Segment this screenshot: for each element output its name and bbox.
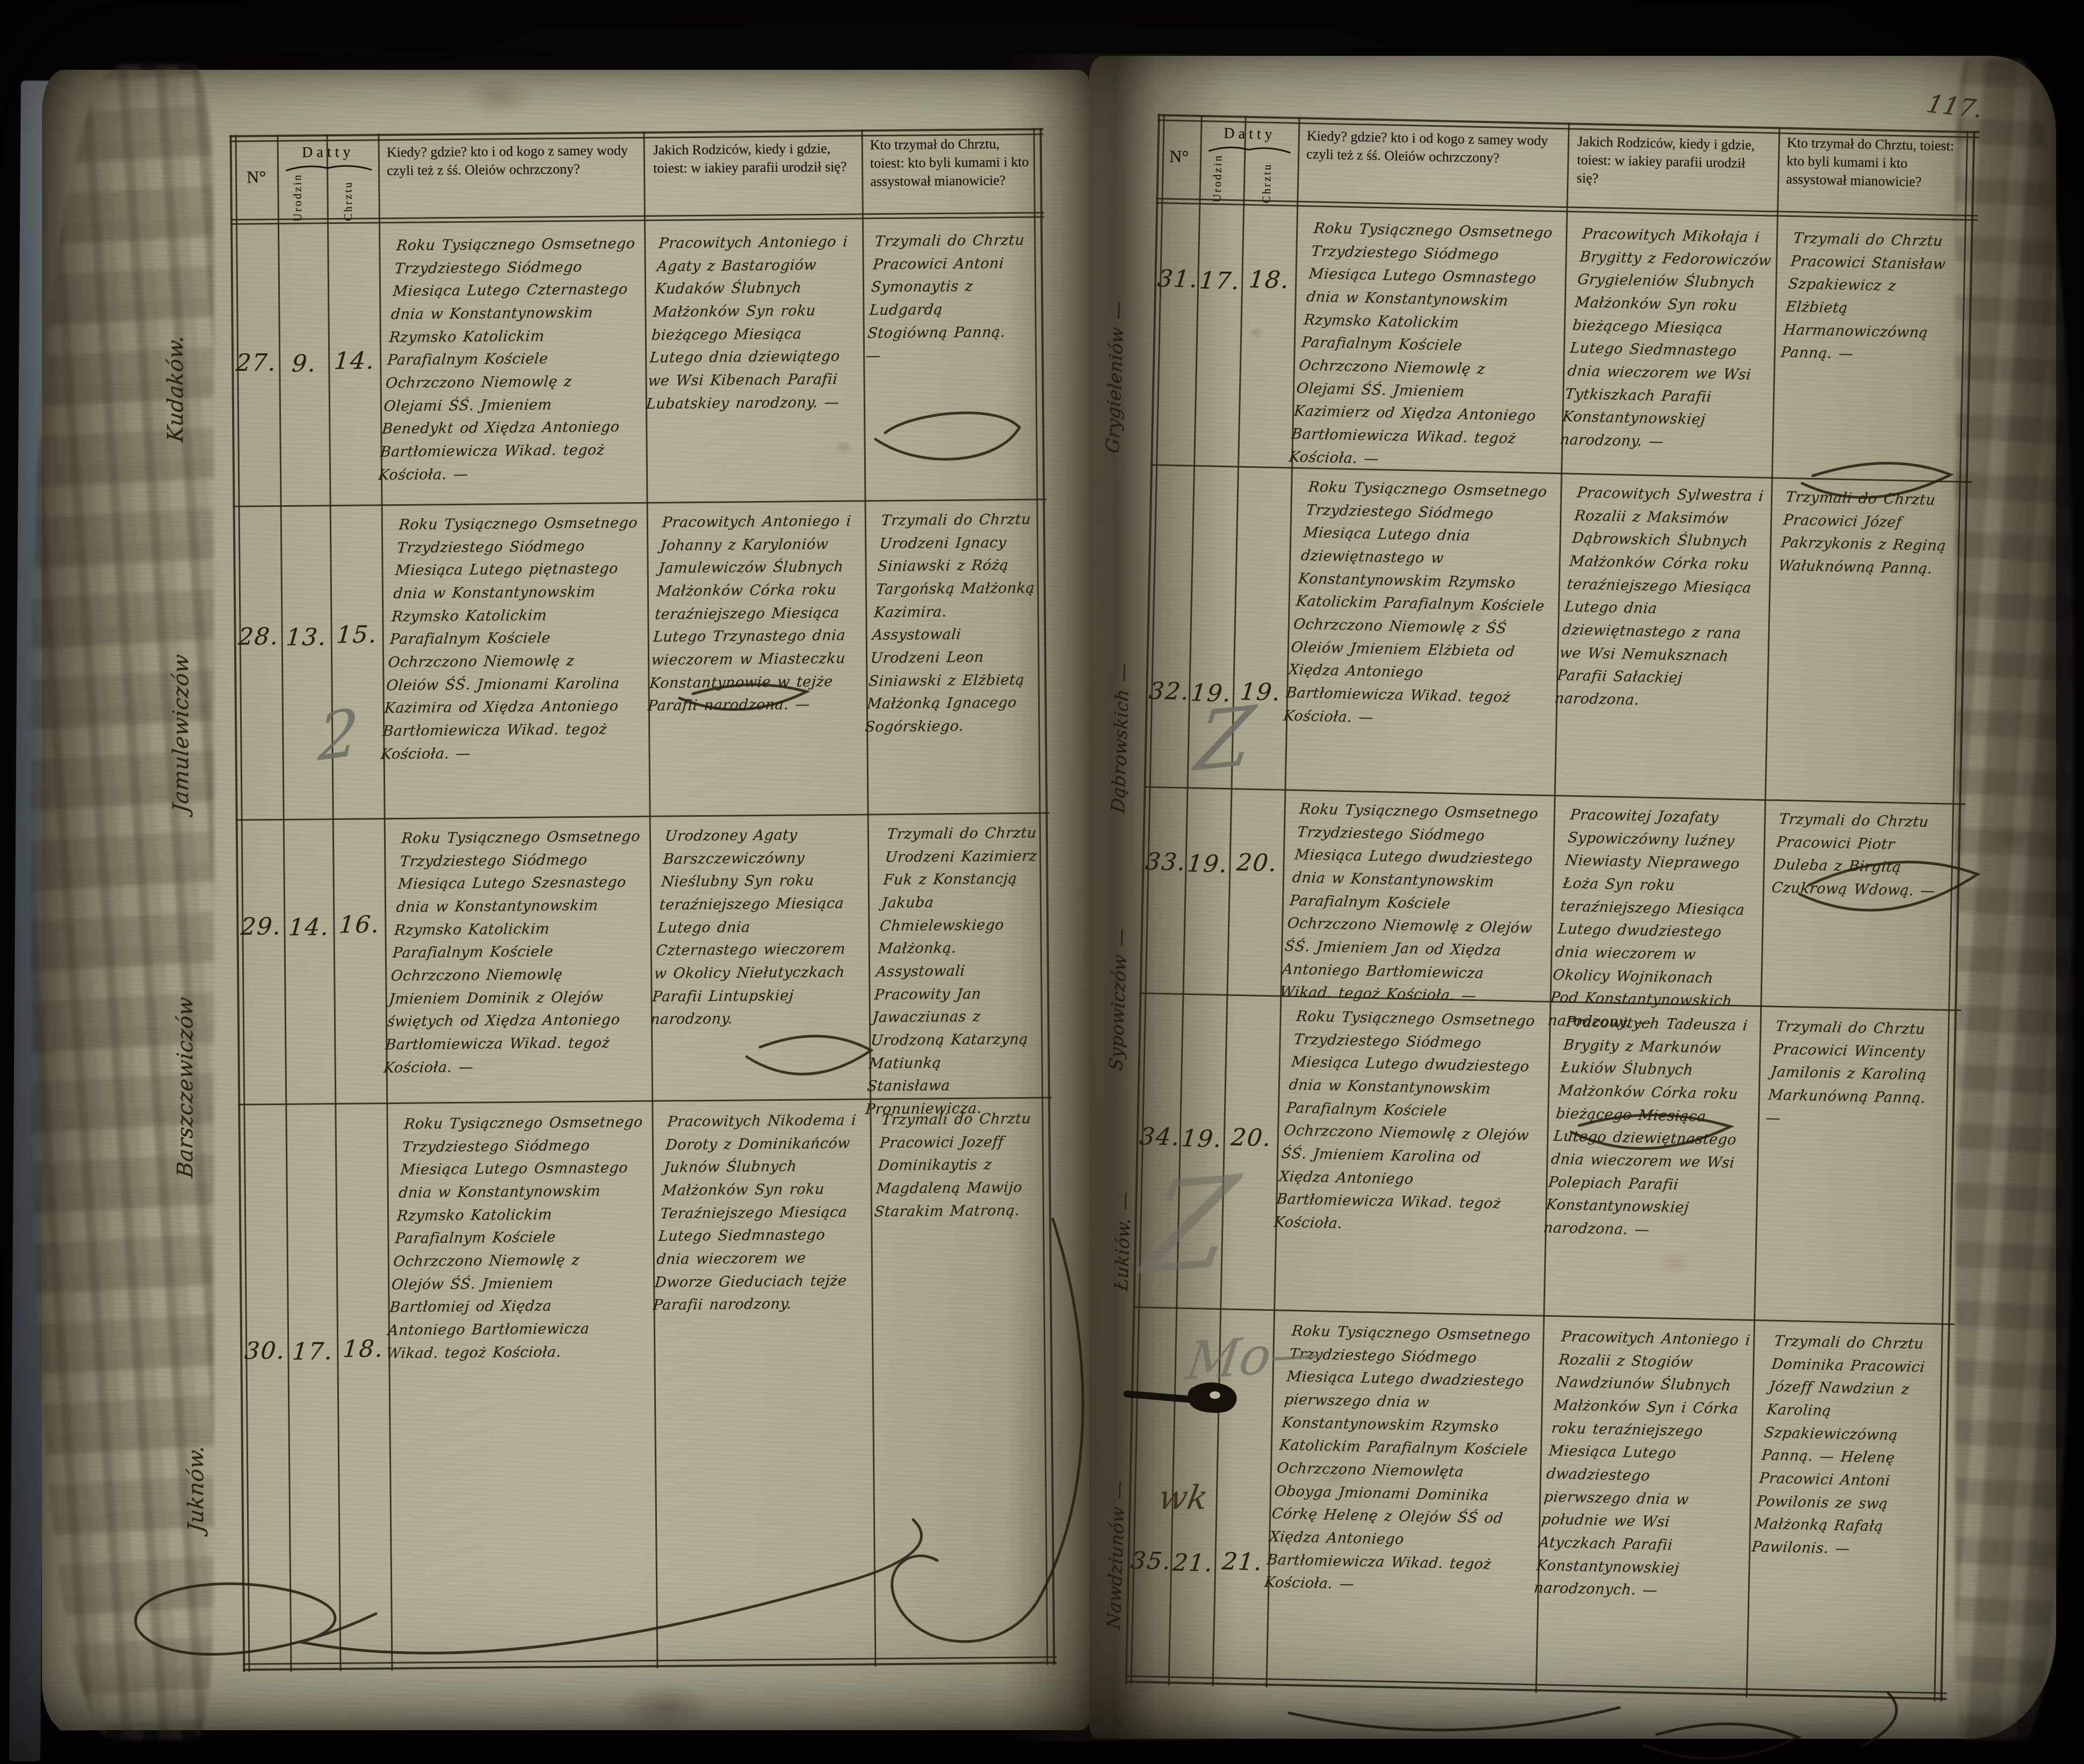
gutter-name-row35: Nawdziunów — [1100, 1478, 1134, 1631]
record-33-born: 19. [1185, 845, 1231, 883]
left-page-table: N° Datty Urodzin Chrztu Kiedy? gdzie? kt… [230, 128, 1057, 1672]
record-34-parents-text: Pracowitych Tadeusza i Brygity z Markunó… [1542, 1011, 1760, 1244]
record-29-no: 29. [238, 908, 284, 946]
record-31-baptism-text: Roku Tysiącznego Osmsetnego Trzydziesteg… [1287, 217, 1564, 474]
margin-name-row29: Barszczewiczów [169, 995, 202, 1180]
record-27-baptized: 14. [329, 342, 380, 380]
record-32-parents-text: Pracowitych Sylwestra i Rozalii z Maksim… [1553, 482, 1771, 714]
record-31-no: 31. [1156, 260, 1199, 298]
record-32-godparents-text: Trzymali do Chrztu Pracowici Józef Pakrz… [1777, 486, 1955, 581]
record-30-born: 17. [288, 1333, 337, 1370]
header-urodzin: Urodzin [290, 172, 305, 221]
record-33-parents-text: Pracowitej Jozafaty Sypowiczówny luźney … [1546, 804, 1764, 1036]
record-27-born: 9. [280, 345, 329, 382]
scanned-register-page: N° Datty Urodzin Chrztu Kiedy? gdzie? kt… [0, 0, 2084, 1764]
record-28-parents-text: Pracowitych Antoniego i Johanny z Karylo… [647, 510, 863, 717]
table-rule [1168, 115, 1203, 1685]
gutter-name-row33: Sypowiczów — [1102, 926, 1136, 1072]
record-29-parents-text: Urodzoney Agaty Barszczewiczówny Nieślub… [649, 823, 865, 1031]
header-no: N° [237, 166, 275, 188]
gutter-name-row34: Łukiów. — [1108, 1189, 1140, 1293]
record-31-born: 17. [1198, 262, 1243, 300]
record-34-godparents-text: Trzymali do Chrztu Pracowici Wincenty Ja… [1764, 1015, 1944, 1133]
header-chrztu: Chrztu [341, 172, 356, 221]
record-31-godparents-text: Trzymali do Chrztu Pracowici Stanisław S… [1779, 227, 1962, 368]
record-34-no: 34. [1138, 1118, 1181, 1156]
record-34-baptism-text: Roku Tysiącznego Osmsetnego Trzydziesteg… [1273, 1005, 1547, 1239]
margin-name-row28: Jamulewiczów [164, 652, 198, 815]
header-no: N° [1161, 145, 1197, 168]
record-29-godparents-text: Trzymali do Chrztu Urodzeni Kazimierz Fu… [864, 822, 1047, 1121]
record-32-no: 32. [1147, 672, 1190, 710]
header-godparents-question: Kto trzymał do Chrztu, toiest: kto byli … [1786, 134, 1963, 192]
right-page-table: N° Datty Urodzin Chrztu Kiedy? gdzie? kt… [1125, 114, 1980, 1701]
margin-name-row27: Kudaków. [159, 333, 193, 444]
record-30-no: 30. [242, 1332, 288, 1370]
record-33-baptized: 20. [1231, 844, 1284, 882]
header-chrztu: Chrztu [1259, 154, 1275, 204]
record-33-no: 33. [1144, 843, 1186, 881]
record-30-baptized: 18. [338, 1330, 389, 1368]
record-27-baptism-text: Roku Tysiącznego Osmsetnego Trzydziesteg… [378, 233, 642, 487]
record-28-baptized: 15. [331, 616, 382, 654]
pencil-mark-row28: 2 [317, 695, 360, 776]
record-35-no: 35. [1129, 1542, 1172, 1580]
record-28-baptism-text: Roku Tysiącznego Osmsetnego Trzydziesteg… [380, 512, 645, 766]
record-35-godparents-text: Trzymali do Chrztu Dominika Pracowici Jó… [1750, 1330, 1943, 1562]
pencil-mark-row35: Mo— [1183, 1322, 1326, 1392]
record-32-baptism-text: Roku Tysiącznego Osmsetnego Trzydziesteg… [1282, 476, 1559, 732]
header-datty: Datty [1203, 124, 1298, 145]
header-datty: Datty [279, 142, 377, 163]
record-27-no: 27. [234, 344, 279, 382]
record-30-baptism-text: Roku Tysiącznego Osmsetnego Trzydziesteg… [385, 1111, 650, 1366]
gutter-name-row32: Dąbrowskich — [1104, 661, 1138, 815]
record-35-baptized: 21. [1216, 1543, 1270, 1581]
ink-note-row35: wk [1156, 1478, 1212, 1517]
header-parents-question: Jakich Rodziców, kiedy i gdzie, toiest: … [653, 140, 851, 178]
record-27-parents-text: Pracowitych Antoniego i Agaty z Bastarog… [645, 230, 859, 416]
header-baptism-question: Kiedy? gdzie? kto i od kogo z samey wody… [387, 141, 633, 180]
record-33-baptism-text: Roku Tysiącznego Osmsetnego Trzydziesteg… [1278, 798, 1550, 1009]
record-30-godparents-text: Trzymali do Chrztu Pracowici Jozeff Domi… [873, 1108, 1041, 1224]
record-28-godparents-text: Trzymali do Chrztu Urodzeni Ignacy Sinia… [864, 509, 1041, 739]
record-30-parents-text: Pracowitych Nikodema i Doroty z Dominika… [652, 1109, 868, 1317]
header-baptism-question: Kiedy? gdzie? kto i od kogo z samey wody… [1306, 127, 1557, 168]
record-28-no: 28. [236, 618, 281, 656]
header-parents-question: Jakich Rodziców, kiedy i gdzie, toiest: … [1576, 133, 1769, 191]
record-31-parents-text: Pracowitych Mikołaja i Brygitty z Fedoro… [1559, 223, 1777, 455]
record-29-baptism-text: Roku Tysiącznego Osmsetnego Trzydziesteg… [382, 825, 647, 1080]
record-29-baptized: 16. [334, 906, 385, 943]
table-rule [1212, 116, 1247, 1686]
datty-brace [284, 163, 374, 172]
record-35-parents-text: Pracowitych Antoniego i Rozalii z Stogió… [1533, 1326, 1756, 1604]
gutter-name-row31: Grygieleniów — [1099, 299, 1133, 455]
record-31-baptized: 18. [1243, 261, 1297, 299]
header-urodzin: Urodzin [1210, 153, 1225, 202]
record-27-godparents-text: Trzymali do Chrztu Pracowici Antoni Symo… [865, 229, 1034, 368]
margin-name-row30: Juknów. [179, 1443, 213, 1534]
page-number: 117. [1922, 84, 1988, 128]
table-rule [236, 812, 1050, 821]
record-29-born: 14. [285, 909, 334, 946]
table-rule [233, 498, 1047, 507]
record-28-born: 13. [282, 619, 331, 656]
record-35-born: 21. [1171, 1544, 1216, 1582]
record-33-godparents-text: Trzymali do Chrztu Pracowici Piotr Duleb… [1770, 808, 1948, 903]
header-godparents-question: Kto trzymał do Chrztu, toiest: kto byli … [870, 135, 1030, 191]
